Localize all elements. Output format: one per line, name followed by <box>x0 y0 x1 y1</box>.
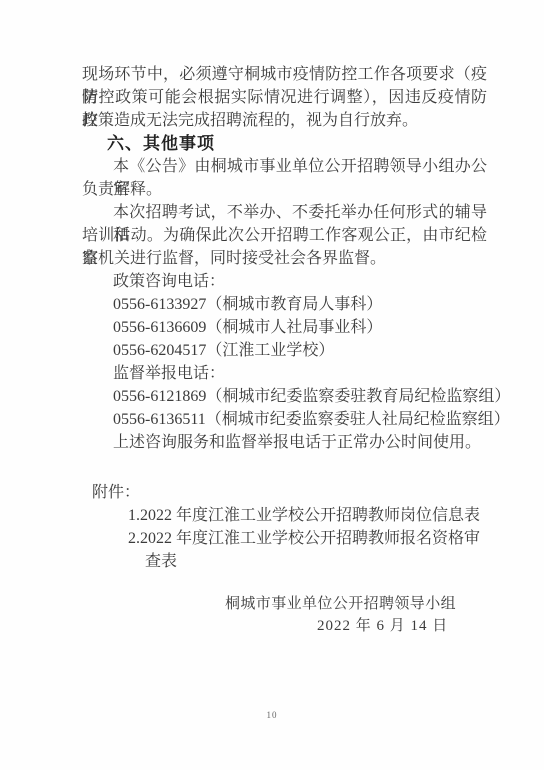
phone-line: 0556-6133927（桐城市教育局人事科） <box>82 293 487 316</box>
phone-line: 0556-6136511（桐城市纪委监察委驻人社局纪检监察组） <box>82 408 487 431</box>
attachment-item: 2.2022 年度江淮工业学校公开招聘教师报名资格审 <box>82 527 487 550</box>
body-line: 现场环节中，必须遵守桐城市疫情防控工作各项要求（疫情 <box>82 63 487 86</box>
attachment-item-wrap: 查表 <box>82 550 487 573</box>
phone-line: 0556-6136609（桐城市人社局事业科） <box>82 316 487 339</box>
section-heading: 六、其他事项 <box>82 132 487 155</box>
phone-line: 0556-6204517（江淮工业学校） <box>82 339 487 362</box>
policy-phone-label: 政策咨询电话： <box>82 270 487 293</box>
report-phone-label: 监督举报电话： <box>82 362 487 385</box>
phone-line: 0556-6121869（桐城市纪委监察委驻教育局纪检监察组） <box>82 385 487 408</box>
body-line: 培训活动。为确保此次公开招聘工作客观公正，由市纪检监 <box>82 224 487 247</box>
signature-organization: 桐城市事业单位公开招聘领导小组 <box>225 593 456 616</box>
attachments-label: 附件： <box>82 481 487 504</box>
phone-note: 上述咨询服务和监督举报电话于正常办公时间使用。 <box>82 431 487 454</box>
body-line: 本《公告》由桐城市事业单位公开招聘领导小组办公室 <box>82 155 487 178</box>
body-line: 防控政策可能会根据实际情况进行调整），因违反疫情防控 <box>82 86 487 109</box>
body-line: 政策造成无法完成招聘流程的，视为自行放弃。 <box>82 109 487 132</box>
attachment-item: 1.2022 年度江淮工业学校公开招聘教师岗位信息表 <box>82 504 487 527</box>
page-number: 10 <box>0 710 544 720</box>
body-line: 负责解释。 <box>82 178 487 201</box>
body-line: 察机关进行监督，同时接受社会各界监督。 <box>82 247 487 270</box>
attachments-block: 附件： 1.2022 年度江淮工业学校公开招聘教师岗位信息表 2.2022 年度… <box>82 481 487 573</box>
signature-date: 2022 年 6 月 14 日 <box>317 615 448 638</box>
document-page: 现场环节中，必须遵守桐城市疫情防控工作各项要求（疫情 防控政策可能会根据实际情况… <box>0 0 544 770</box>
body-line: 本次招聘考试，不举办、不委托举办任何形式的辅导和 <box>82 201 487 224</box>
document-body: 现场环节中，必须遵守桐城市疫情防控工作各项要求（疫情 防控政策可能会根据实际情况… <box>82 63 487 573</box>
